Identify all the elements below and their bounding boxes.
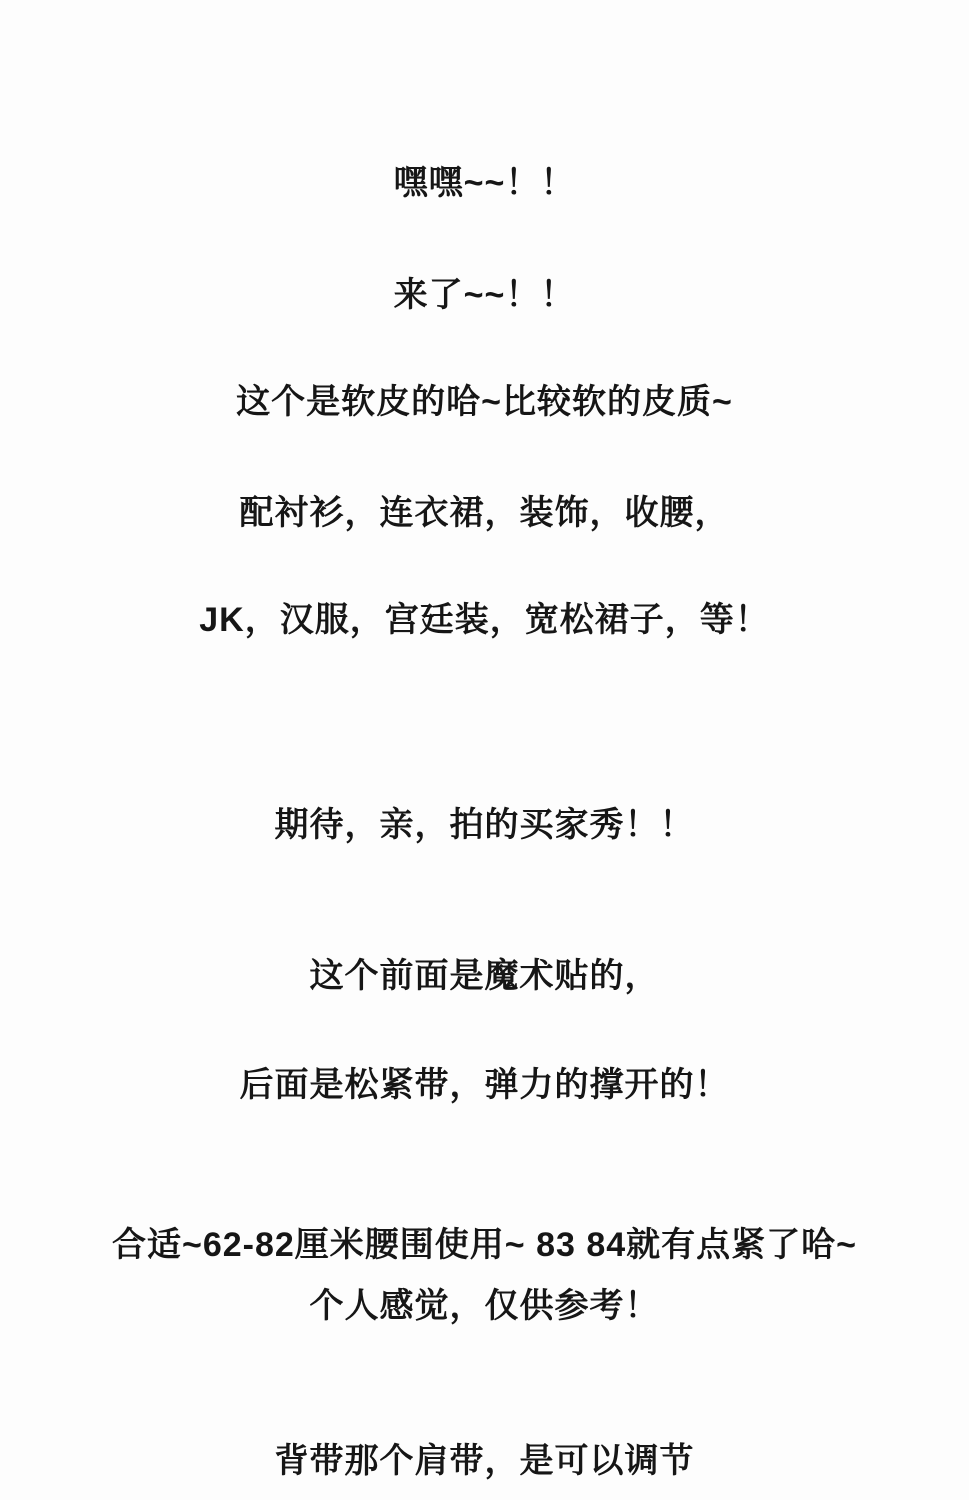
text-line-pairing-1: 配衬衫，连衣裙，装饰，收腰， (0, 493, 969, 534)
text-line-size-disclaimer: 个人感觉，仅供参考！ (0, 1286, 969, 1327)
text-line-strap-adjust: 背带那个肩带，是可以调节 (0, 1441, 969, 1482)
text-line-material: 这个是软皮的哈~比较软的皮质~ (0, 382, 969, 423)
text-line-pairing-2: JK，汉服，宫廷装，宽松裙子，等！ (0, 600, 969, 641)
text-line-arrived: 来了~~！！ (0, 275, 969, 316)
text-line-front-velcro: 这个前面是魔术贴的， (0, 956, 969, 997)
product-description-page: 嘿嘿~~！！ 来了~~！！ 这个是软皮的哈~比较软的皮质~ 配衬衫，连衣裙，装饰… (0, 0, 969, 1500)
text-line-greeting: 嘿嘿~~！！ (0, 163, 969, 204)
text-line-buyer-show: 期待，亲，拍的买家秀！！ (0, 805, 969, 846)
text-line-size-range: 合适~62-82厘米腰围使用~ 83 84就有点紧了哈~ (0, 1225, 969, 1266)
text-line-back-elastic: 后面是松紧带，弹力的撑开的！ (0, 1065, 969, 1106)
